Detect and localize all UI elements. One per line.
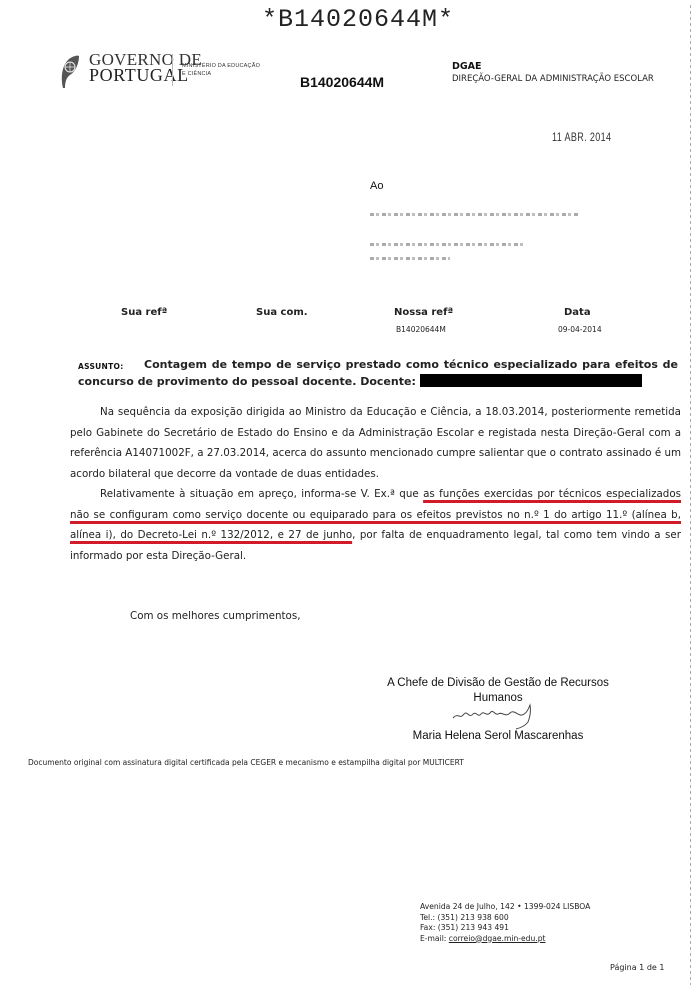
handwritten-signature-icon (450, 702, 545, 730)
footer-fax: Fax: (351) 213 943 491 (420, 923, 590, 934)
scan-edge-line (690, 5, 691, 985)
subject-text: Contagem de tempo de serviço prestado co… (78, 356, 678, 390)
recipient-postal-redacted (370, 257, 450, 260)
ministry-name-line2: E CIÊNCIA (182, 71, 211, 77)
date-label: Data (564, 307, 591, 318)
government-emblem-icon (60, 55, 80, 90)
your-ref-label: Sua refª (121, 307, 167, 318)
footer-tel: Tel.: (351) 213 938 600 (420, 913, 590, 924)
paragraph-2-intro: Relativamente à situação em apreço, info… (100, 488, 423, 500)
redacted-name (420, 374, 642, 387)
footer-contact: Avenida 24 de Julho, 142 • 1399-024 LISB… (420, 902, 590, 944)
footer-email-link[interactable]: correio@dgae.min-edu.pt (449, 934, 546, 943)
government-name-line2: PORTUGAL (89, 67, 189, 83)
your-comm-label: Sua com. (256, 307, 308, 318)
signatory-name: Maria Helena Serol Mascarenhas (368, 730, 628, 742)
footer-email-label: E-mail: (420, 934, 449, 943)
agency-acronym: DGAE (452, 61, 482, 72)
date-value: 09-04-2014 (558, 325, 602, 334)
page-number: Página 1 de 1 (610, 963, 664, 972)
our-ref-value: B14020644M (396, 325, 446, 334)
paragraph-1-text: Na sequência da exposição dirigida ao Mi… (70, 406, 681, 480)
recipient-name-redacted (370, 213, 580, 216)
ministry-name-line1: MINISTÉRIO DA EDUCAÇÃO (182, 63, 260, 69)
barcode: *B14020644M* (262, 5, 454, 34)
footer-address: Avenida 24 de Julho, 142 • 1399-024 LISB… (420, 902, 590, 913)
header-divider (172, 54, 173, 86)
recipient-address-redacted (370, 243, 525, 246)
agency-full-name: DIREÇÃO-GERAL DA ADMINISTRAÇÃO ESCOLAR (452, 74, 654, 84)
body-paragraph-2: Relativamente à situação em apreço, info… (70, 484, 681, 566)
digital-signature-note: Documento original com assinatura digita… (28, 758, 464, 767)
received-date-stamp: 11 ABR. 2014 (552, 130, 611, 144)
body-paragraph-1: Na sequência da exposição dirigida ao Mi… (70, 402, 681, 484)
recipient-label: Ao (370, 180, 383, 192)
our-ref-label: Nossa refª (394, 307, 453, 318)
closing-greeting: Com os melhores cumprimentos, (130, 610, 300, 622)
document-number: B14020644M (300, 74, 384, 90)
footer-email-row: E-mail: correio@dgae.min-edu.pt (420, 934, 590, 945)
